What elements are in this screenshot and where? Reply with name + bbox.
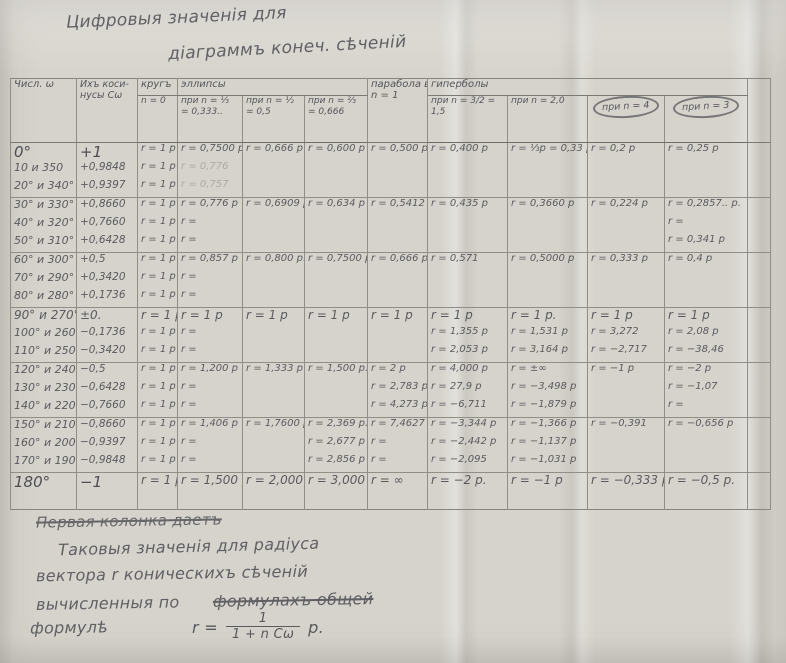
value-cell: r = 1,531 p — [508, 326, 588, 344]
value-cell: r = −1,137 p — [508, 436, 588, 454]
value-cell: r = 1 p — [178, 308, 243, 327]
value-cell: r = −1,366 p — [508, 418, 588, 437]
value-cell — [588, 289, 665, 308]
value-cell — [508, 271, 588, 289]
value-cell: r = 0,600 p — [305, 143, 368, 162]
note-line-3-struck: формулахъ общей — [213, 589, 374, 611]
value-cell: r = 1 p — [138, 161, 178, 179]
header-n20: при n = 2,0 — [508, 96, 588, 143]
value-cell — [243, 454, 305, 473]
value-cell: r = −2,095 — [428, 454, 508, 473]
value-cell: r = 0,2 p — [588, 143, 665, 162]
empty-cell — [748, 308, 771, 327]
value-cell — [243, 381, 305, 399]
angle-cell: 20° и 340° — [11, 179, 77, 198]
header-n12: при n = ½ = 0,5 — [243, 96, 305, 143]
angle-cell: 40° и 320° — [11, 216, 77, 234]
cosine-cell: −0,3420 — [77, 344, 138, 363]
value-cell: r = 1 p. — [508, 308, 588, 327]
value-cell: r = −1,031 p — [508, 454, 588, 473]
value-cell: r = 0,4 p — [665, 253, 748, 272]
value-cell: r = — [178, 344, 243, 363]
value-cell: r = 2,000 p. — [243, 473, 305, 510]
value-cell — [243, 271, 305, 289]
table-row: 160° и 200°−0,9397r = 1 pr =r = 2,677 pr… — [11, 436, 771, 454]
value-cell: r = 1 p — [138, 436, 178, 454]
value-cell: r = 0,5412 p. — [368, 198, 428, 217]
table-row: 50° и 310°+0,6428r = 1 pr =r = 0,341 p — [11, 234, 771, 253]
value-cell: r = 0,666 p — [368, 253, 428, 272]
value-cell — [243, 216, 305, 234]
value-cell: r = 0,341 p — [665, 234, 748, 253]
value-cell: r = 0,5000 p — [508, 253, 588, 272]
value-cell: r = 3,272 — [588, 326, 665, 344]
value-cell — [588, 234, 665, 253]
value-cell — [588, 436, 665, 454]
value-cell: r = 0,6909 p — [243, 198, 305, 217]
value-cell: r = 1 p — [138, 344, 178, 363]
value-cell — [428, 271, 508, 289]
value-cell: r = −1 p — [588, 363, 665, 382]
angle-cell: 100° и 260° — [11, 326, 77, 344]
value-cell: r = 1 p — [138, 308, 178, 327]
value-cell — [665, 436, 748, 454]
cosine-cell: −0,8660 — [77, 418, 138, 437]
angle-cell: 150° и 210° — [11, 418, 77, 437]
header-cosine: Ихъ коси­нусы Cω — [77, 79, 138, 143]
value-cell: r = 1 p — [138, 271, 178, 289]
value-cell: r = −2,442 p — [428, 436, 508, 454]
value-cell: r = 1,7600 p — [243, 418, 305, 437]
angle-cell: 80° и 280° — [11, 289, 77, 308]
value-cell: r = 1,500 p. — [178, 473, 243, 510]
table-row: 70° и 290°+0,3420r = 1 pr = — [11, 271, 771, 289]
values-table: Числ. ω Ихъ коси­нусы Cω кругъ эллипсы п… — [10, 78, 771, 510]
empty-cell — [748, 198, 771, 217]
value-cell: r = 2,053 p — [428, 344, 508, 363]
value-cell: r = 1,355 p — [428, 326, 508, 344]
value-cell: r = 1 p — [138, 179, 178, 198]
value-cell: r = 1 p — [588, 308, 665, 327]
cosine-cell: +0,1736 — [77, 289, 138, 308]
angle-cell: 120° и 240° — [11, 363, 77, 382]
value-cell: r = 1 p — [368, 308, 428, 327]
value-cell: r = 2,369 p. — [305, 418, 368, 437]
cosine-cell: +0,3420 — [77, 271, 138, 289]
value-cell: r = 0,2857.. p. — [665, 198, 748, 217]
note-line-1: Таковыя значенія для радіуса — [58, 534, 320, 560]
value-cell: r = 0,400 p — [428, 143, 508, 162]
value-cell: r = 1 p — [243, 308, 305, 327]
value-cell: r = −2,717 — [588, 344, 665, 363]
formula-rhs: p. — [308, 618, 324, 637]
empty-cell — [748, 436, 771, 454]
value-cell — [305, 326, 368, 344]
value-cell: r = 1 p — [138, 418, 178, 437]
value-cell: r = — [178, 271, 243, 289]
value-cell: r = — [178, 399, 243, 418]
value-cell: r = −2 p — [665, 363, 748, 382]
value-cell: r = −1 p — [508, 473, 588, 510]
value-cell — [588, 161, 665, 179]
value-cell: r = 1 p — [138, 289, 178, 308]
header-n0: n = 0 — [138, 96, 178, 143]
scanned-page: Цифровыя значенія для діаграммъ конеч. с… — [0, 0, 786, 663]
cosine-cell: +0,9397 — [77, 179, 138, 198]
table-row: 60° и 300°+0,5r = 1 pr = 0,857 pr = 0,80… — [11, 253, 771, 272]
value-cell: r = 0,333 p — [588, 253, 665, 272]
angle-cell: 180° — [11, 473, 77, 510]
cosine-cell: −1 — [77, 473, 138, 510]
cosine-cell: −0,6428 — [77, 381, 138, 399]
value-cell: r = −0,5 p. — [665, 473, 748, 510]
empty-cell — [748, 344, 771, 363]
table-row: 0°+1r = 1 pr = 0,7500 pr = 0,666 pr = 0,… — [11, 143, 771, 162]
value-cell — [665, 289, 748, 308]
parabola-label: парабола всегда, — [371, 79, 424, 90]
value-cell: r = 2 p — [368, 363, 428, 382]
angle-cell: 70° и 290° — [11, 271, 77, 289]
value-cell: r = 1,333 p — [243, 363, 305, 382]
header-n13: при n = ⅓ = 0,333.. — [178, 96, 243, 143]
empty-cell — [748, 289, 771, 308]
value-cell — [368, 271, 428, 289]
formula-lhs: r = — [192, 618, 218, 637]
circled-n4: при n = 4 — [593, 96, 660, 120]
cosine-cell: −0,5 — [77, 363, 138, 382]
formula-fraction: 1 1 + n Cω — [226, 612, 300, 643]
value-cell — [368, 344, 428, 363]
value-cell: r = 3,000 p. — [305, 473, 368, 510]
empty-cell — [748, 399, 771, 418]
cosine-cell: −0,9397 — [77, 436, 138, 454]
value-cell — [665, 161, 748, 179]
value-cell: r = — [178, 234, 243, 253]
value-cell — [305, 179, 368, 198]
value-cell: r = 0,776 p — [178, 198, 243, 217]
header-n3: при n = 3 — [665, 96, 748, 143]
header-n23: при n = ⅔ = 0,666 — [305, 96, 368, 143]
value-cell: r = 0,435 p — [428, 198, 508, 217]
value-cell: r = −3,498 p — [508, 381, 588, 399]
value-cell — [243, 399, 305, 418]
value-cell: r = −1,07 — [665, 381, 748, 399]
formula-numerator: 1 — [245, 612, 282, 626]
group-hyperbolas: гиперболы — [428, 79, 748, 96]
value-cell — [368, 234, 428, 253]
value-cell — [428, 234, 508, 253]
group-circle: кругъ — [138, 79, 178, 96]
value-cell: r = 1 p — [138, 198, 178, 217]
header-parabola: парабола всегда, n = 1 — [368, 79, 428, 143]
value-cell: r = — [665, 399, 748, 418]
value-cell: r = 1 p — [428, 308, 508, 327]
table-row: 140° и 220°−0,7660r = 1 pr =r = 4,273 pr… — [11, 399, 771, 418]
cosine-cell: ±0. — [77, 308, 138, 327]
value-cell: r = 0,666 p — [243, 143, 305, 162]
table-row: 170° и 190°−0,9848r = 1 pr =r = 2,856 pr… — [11, 454, 771, 473]
value-cell — [243, 234, 305, 253]
value-cell: r = 4,273 p — [368, 399, 428, 418]
value-cell: r = 1 p — [305, 308, 368, 327]
empty-cell — [748, 381, 771, 399]
angle-cell: 10 и 350 — [11, 161, 77, 179]
value-cell — [428, 289, 508, 308]
empty-cell — [748, 418, 771, 437]
empty-cell — [748, 143, 771, 162]
angle-cell: 60° и 300° — [11, 253, 77, 272]
value-cell — [665, 454, 748, 473]
value-cell: r = — [368, 436, 428, 454]
header-n15: при n = 3/2 = 1,5 — [428, 96, 508, 143]
cosine-cell: +0,8660 — [77, 198, 138, 217]
cosine-cell: +0,7660 — [77, 216, 138, 234]
value-cell — [508, 216, 588, 234]
table-row: 120° и 240°−0,5r = 1 pr = 1,200 pr = 1,3… — [11, 363, 771, 382]
value-cell — [305, 399, 368, 418]
value-cell — [665, 271, 748, 289]
value-cell: r = 1 p — [138, 381, 178, 399]
table-row: 180°−1r = 1 pr = 1,500 p.r = 2,000 p.r =… — [11, 473, 771, 510]
angle-cell: 110° и 250° — [11, 344, 77, 363]
group-ellipses: эллипсы — [178, 79, 368, 96]
value-cell — [305, 381, 368, 399]
formula-denominator: 1 + n Cω — [226, 626, 300, 642]
value-cell: r = 2,08 p — [665, 326, 748, 344]
value-cell — [588, 381, 665, 399]
value-cell: r = −0,333 p — [588, 473, 665, 510]
empty-cell — [748, 473, 771, 510]
radius-formula: r = 1 1 + n Cω p. — [192, 612, 324, 643]
empty-cell — [748, 454, 771, 473]
page-title-line1: Цифровыя значенія для — [66, 3, 287, 33]
value-cell: r = 27,9 p — [428, 381, 508, 399]
value-cell: r = — [665, 216, 748, 234]
value-cell — [243, 436, 305, 454]
value-cell: r = 1 p — [138, 253, 178, 272]
value-cell: r = −38,46 — [665, 344, 748, 363]
empty-cell — [748, 234, 771, 253]
value-cell — [305, 271, 368, 289]
value-cell — [665, 179, 748, 198]
value-cell: r = −6,711 — [428, 399, 508, 418]
value-cell: r = ⅓p = 0,33 p — [508, 143, 588, 162]
value-cell: r = 0,25 p — [665, 143, 748, 162]
value-cell: r = ±∞ — [508, 363, 588, 382]
angle-cell: 90° и 270° — [11, 308, 77, 327]
value-cell — [243, 179, 305, 198]
table-row: 80° и 280°+0,1736r = 1 pr = — [11, 289, 771, 308]
angle-cell: 0° — [11, 143, 77, 162]
table-row: 110° и 250°−0,3420r = 1 pr =r = 2,053 pr… — [11, 344, 771, 363]
angle-cell: 160° и 200° — [11, 436, 77, 454]
value-cell — [368, 289, 428, 308]
value-cell: r = 1,500 p. — [305, 363, 368, 382]
crossed-out-note: Первая колонка даетъ — [36, 510, 222, 531]
value-cell: r = 0,7500 p. — [305, 253, 368, 272]
cosine-cell: +1 — [77, 143, 138, 162]
value-cell: r = — [178, 381, 243, 399]
table-row: 30° и 330°+0,8660r = 1 pr = 0,776 pr = 0… — [11, 198, 771, 217]
value-cell: r = — [178, 436, 243, 454]
note-line-2: вектора r коническихъ сѣченій — [36, 562, 308, 586]
value-cell: r = 1,200 p — [178, 363, 243, 382]
angle-cell: 30° и 330° — [11, 198, 77, 217]
value-cell: r = −1,879 p — [508, 399, 588, 418]
value-cell: r = 0,776 — [178, 161, 243, 179]
value-cell: r = −2 p. — [428, 473, 508, 510]
value-cell — [243, 326, 305, 344]
value-cell — [508, 179, 588, 198]
note-line-3: вычисленныя по формулахъ общей — [36, 589, 374, 614]
value-cell: r = 2,856 p — [305, 454, 368, 473]
note-line-3-prefix: вычисленныя по — [36, 592, 180, 614]
empty-cell — [748, 271, 771, 289]
value-cell: r = 1 p — [138, 399, 178, 418]
table-row: 100° и 260°−0,1736r = 1 pr =r = 1,355 pr… — [11, 326, 771, 344]
value-cell: r = 0,800 p. — [243, 253, 305, 272]
table-row: 90° и 270°±0.r = 1 pr = 1 pr = 1 pr = 1 … — [11, 308, 771, 327]
value-cell: r = 0,500 p — [368, 143, 428, 162]
value-cell — [305, 161, 368, 179]
value-cell — [588, 454, 665, 473]
value-cell — [368, 161, 428, 179]
note-line-4: формулѣ — [30, 617, 109, 637]
value-cell: r = 4,000 p — [428, 363, 508, 382]
value-cell: r = 0,7500 p — [178, 143, 243, 162]
value-cell: r = 1 p — [138, 363, 178, 382]
value-cell — [588, 399, 665, 418]
value-cell: r = — [178, 326, 243, 344]
value-cell: r = 1,406 p — [178, 418, 243, 437]
value-cell — [508, 161, 588, 179]
table-body: 0°+1r = 1 pr = 0,7500 pr = 0,666 pr = 0,… — [11, 143, 771, 510]
value-cell: r = 0,634 p — [305, 198, 368, 217]
cosine-cell: +0,9848 — [77, 161, 138, 179]
value-cell — [428, 161, 508, 179]
value-cell: r = 1 p — [138, 454, 178, 473]
table-header: Числ. ω Ихъ коси­нусы Cω кругъ эллипсы п… — [11, 79, 771, 143]
header-angle: Числ. ω — [11, 79, 77, 143]
cosine-cell: −0,7660 — [77, 399, 138, 418]
value-cell: r = 0,571 — [428, 253, 508, 272]
cosine-cell: −0,9848 — [77, 454, 138, 473]
value-cell — [368, 326, 428, 344]
value-cell — [588, 216, 665, 234]
value-cell — [243, 289, 305, 308]
value-cell: r = ∞ — [368, 473, 428, 510]
value-cell: r = 2,677 p — [305, 436, 368, 454]
empty-cell — [748, 326, 771, 344]
value-cell: r = 0,857 p — [178, 253, 243, 272]
header-n4: при n = 4 — [588, 96, 665, 143]
value-cell: r = — [178, 216, 243, 234]
value-cell: r = 1 p — [138, 216, 178, 234]
angle-cell: 50° и 310° — [11, 234, 77, 253]
value-cell: r = 2,783 p — [368, 381, 428, 399]
value-cell — [305, 216, 368, 234]
value-cell — [508, 234, 588, 253]
empty-cell — [748, 363, 771, 382]
page-title-line2: діаграммъ конеч. сѣченій — [168, 32, 407, 64]
cosine-cell: +0,5 — [77, 253, 138, 272]
angle-cell: 140° и 220° — [11, 399, 77, 418]
value-cell: r = 0,3660 p — [508, 198, 588, 217]
value-cell: r = −3,344 p — [428, 418, 508, 437]
cosine-cell: +0,6428 — [77, 234, 138, 253]
value-cell: r = 1 p — [138, 473, 178, 510]
value-cell: r = −0,656 p — [665, 418, 748, 437]
value-cell — [428, 179, 508, 198]
table-row: 150° и 210°−0,8660r = 1 pr = 1,406 pr = … — [11, 418, 771, 437]
empty-cell — [748, 161, 771, 179]
value-cell: r = 1 p — [138, 234, 178, 253]
angle-cell: 130° и 230° — [11, 381, 77, 399]
empty-cell — [748, 216, 771, 234]
value-cell — [508, 289, 588, 308]
value-cell — [305, 289, 368, 308]
value-cell — [305, 344, 368, 363]
value-cell — [588, 271, 665, 289]
parabola-n: n = 1 — [371, 90, 424, 101]
value-cell: r = 1 p — [138, 326, 178, 344]
value-cell: r = — [178, 454, 243, 473]
value-cell — [368, 216, 428, 234]
table-row: 10 и 350+0,9848r = 1 pr = 0,776 — [11, 161, 771, 179]
value-cell: r = 3,164 p — [508, 344, 588, 363]
value-cell: r = — [178, 289, 243, 308]
value-cell: r = −0,391 — [588, 418, 665, 437]
value-cell — [305, 234, 368, 253]
value-cell: r = 7,4627 — [368, 418, 428, 437]
table-row: 40° и 320°+0,7660r = 1 pr =r = — [11, 216, 771, 234]
circled-n3: при n = 3 — [673, 96, 740, 120]
value-cell: r = 1 p — [665, 308, 748, 327]
value-cell: r = 0,224 p — [588, 198, 665, 217]
table-row: 130° и 230°−0,6428r = 1 pr =r = 2,783 pr… — [11, 381, 771, 399]
value-cell — [243, 344, 305, 363]
value-cell — [428, 216, 508, 234]
empty-cell — [748, 253, 771, 272]
value-cell — [588, 179, 665, 198]
value-cell: r = — [368, 454, 428, 473]
value-cell: r = 0,757 — [178, 179, 243, 198]
cosine-cell: −0,1736 — [77, 326, 138, 344]
value-cell — [243, 161, 305, 179]
angle-cell: 170° и 190° — [11, 454, 77, 473]
value-cell: r = 1 p — [138, 143, 178, 162]
value-cell — [368, 179, 428, 198]
empty-cell — [748, 179, 771, 198]
header-empty — [748, 79, 771, 143]
table-row: 20° и 340°+0,9397r = 1 pr = 0,757 — [11, 179, 771, 198]
